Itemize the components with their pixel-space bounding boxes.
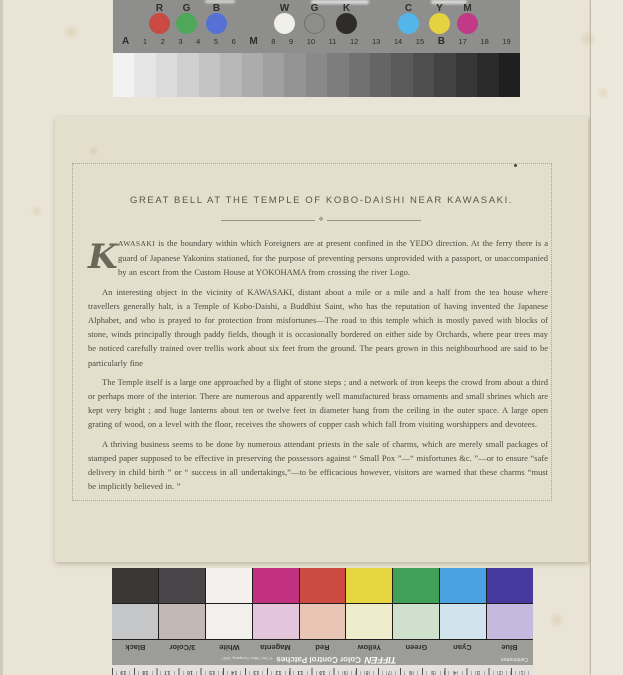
- background-wood-edge: [0, 0, 94, 8]
- title-ornament-rule: ❖: [221, 217, 421, 223]
- gray-step: [113, 53, 134, 97]
- ruler-number: 18: [134, 665, 156, 675]
- scale-mark: 1: [143, 37, 147, 46]
- kodak-color-scale-strip: RGBWGKCYM A123456M89101112131415B171819: [113, 0, 520, 97]
- body-text: KAWASAKI is the boundary within which Fo…: [88, 236, 548, 493]
- tint-green: [393, 604, 439, 639]
- scale-mark: 13: [372, 37, 380, 46]
- ruler-number: 2: [489, 665, 511, 675]
- ruler-number: 4: [444, 665, 466, 675]
- tiffen-product-text: Color Control Patches: [276, 655, 360, 664]
- ruler-number: 1: [511, 665, 533, 675]
- patch-label: Black: [112, 641, 159, 654]
- gray-step: [156, 53, 177, 97]
- color-dot-m: [457, 13, 478, 34]
- scale-mark: B: [438, 36, 445, 47]
- patch-label: Yellow: [346, 641, 393, 654]
- ruler-number: 16: [179, 665, 201, 675]
- scale-mark: 14: [394, 37, 402, 46]
- tiffen-copyright: © The Tiffen Company, 2007: [222, 656, 273, 661]
- centimetres-label: Centimetres: [501, 657, 528, 663]
- tint-magenta: [253, 604, 299, 639]
- color-dot-g: [304, 13, 325, 34]
- scale-mark: 17: [459, 37, 467, 46]
- tiffen-logo-text: TIFFEN: [365, 654, 396, 665]
- lead-word: AWASAKI: [118, 239, 155, 248]
- scale-mark: 15: [416, 37, 424, 46]
- page-title: GREAT BELL AT THE TEMPLE OF KOBO-DAISHI …: [55, 195, 588, 206]
- paragraph: KAWASAKI is the boundary within which Fo…: [88, 236, 548, 280]
- scale-mark: A: [122, 36, 129, 47]
- scale-mark: 2: [161, 37, 165, 46]
- scale-mark: 9: [289, 37, 293, 46]
- patch-cyan: [440, 568, 486, 603]
- ruler-number: 10: [311, 665, 333, 675]
- tint-3/color: [159, 604, 205, 639]
- paragraph: A thriving business seems to be done by …: [88, 437, 548, 494]
- rule-line: [221, 220, 315, 221]
- patch-label: White: [206, 641, 253, 654]
- gray-step: [306, 53, 327, 97]
- paragraph-text: is the boundary within which Foreigners …: [118, 238, 548, 277]
- scale-mark: 8: [271, 37, 275, 46]
- scale-mark: 12: [350, 37, 358, 46]
- gray-step: [327, 53, 348, 97]
- gray-step: [284, 53, 305, 97]
- gray-step: [177, 53, 198, 97]
- tint-blue: [487, 604, 533, 639]
- gray-step: [477, 53, 498, 97]
- grayscale-step-wedge: [113, 53, 520, 97]
- gray-step: [220, 53, 241, 97]
- patch-red: [300, 568, 346, 603]
- ruler-number: 9: [334, 665, 356, 675]
- ruler-number: 6: [400, 665, 422, 675]
- patch-black: [112, 568, 158, 603]
- paragraph: The Temple itself is a large one approac…: [88, 375, 548, 432]
- photo-canvas: RGBWGKCYM A123456M89101112131415B171819 …: [0, 0, 623, 675]
- scale-mark: 6: [232, 37, 236, 46]
- color-dot-y: [429, 13, 450, 34]
- tint-red: [300, 604, 346, 639]
- color-dot-g: [176, 13, 197, 34]
- decorative-initial: K: [88, 237, 115, 279]
- color-dot-r: [149, 13, 170, 34]
- scale-mark: 4: [196, 37, 200, 46]
- ink-speck: [514, 164, 517, 167]
- gray-step: [499, 53, 520, 97]
- document-page: GREAT BELL AT THE TEMPLE OF KOBO-DAISHI …: [55, 117, 588, 562]
- patch-label: Green: [393, 641, 440, 654]
- patch-3/color: [159, 568, 205, 603]
- tint-white: [206, 604, 252, 639]
- stain-spot: [30, 205, 43, 217]
- scale-mark: 18: [480, 37, 488, 46]
- gray-step: [349, 53, 370, 97]
- patch-white: [206, 568, 252, 603]
- ruler-number: 5: [422, 665, 444, 675]
- stain-spot: [62, 24, 80, 40]
- scale-mark: M: [249, 36, 257, 47]
- gray-step: [134, 53, 155, 97]
- patch-label: 3/Color: [159, 641, 206, 654]
- color-dot-w: [274, 13, 295, 34]
- ruler-number: 19: [112, 665, 134, 675]
- gray-step: [456, 53, 477, 97]
- gray-step: [263, 53, 284, 97]
- tiffen-labels: Black3/ColorWhiteMagentaRedYellowGreenCy…: [112, 641, 533, 654]
- patch-label: Blue: [486, 641, 533, 654]
- kodak-patch-area: RGBWGKCYM A123456M89101112131415B171819: [113, 0, 520, 53]
- ruler-number: 7: [378, 665, 400, 675]
- tint-yellow: [346, 604, 392, 639]
- stain-spot: [548, 612, 566, 628]
- centimetre-ruler: 12345678910111213141516171819: [112, 665, 533, 675]
- ruler-number: 15: [201, 665, 223, 675]
- ruler-number: 3: [467, 665, 489, 675]
- rule-line: [327, 220, 421, 221]
- tiffen-wordmark: TIFFEN Color Control Patches © The Tiffe…: [117, 654, 501, 665]
- tint-cyan: [440, 604, 486, 639]
- scale-mark: 19: [502, 37, 510, 46]
- gray-step: [434, 53, 455, 97]
- scale-mark: 10: [307, 37, 315, 46]
- color-dot-c: [398, 13, 419, 34]
- patch-label: Magenta: [252, 641, 299, 654]
- patch-blue: [487, 568, 533, 603]
- ruler-number: 13: [245, 665, 267, 675]
- ruler-number: 11: [289, 665, 311, 675]
- gray-step: [413, 53, 434, 97]
- ruler-number: 8: [356, 665, 378, 675]
- mat-edge: [0, 0, 3, 675]
- tiffen-brand-row: Centimetres TIFFEN Color Control Patches…: [112, 654, 533, 665]
- ruler-number: 12: [267, 665, 289, 675]
- ruler-number: 17: [156, 665, 178, 675]
- rule-ornament: ❖: [318, 217, 323, 223]
- gray-step: [242, 53, 263, 97]
- tiffen-patch-grid: [112, 568, 533, 640]
- gray-step: [370, 53, 391, 97]
- kodak-scale-numbers: A123456M89101112131415B171819: [122, 34, 511, 48]
- mat-edge: [591, 0, 623, 675]
- patch-label: Red: [299, 641, 346, 654]
- tiffen-color-control-strip: Black3/ColorWhiteMagentaRedYellowGreenCy…: [112, 568, 533, 675]
- tint-black: [112, 604, 158, 639]
- patch-label: Cyan: [439, 641, 486, 654]
- ruler-number: 14: [223, 665, 245, 675]
- scale-mark: 5: [214, 37, 218, 46]
- patch-magenta: [253, 568, 299, 603]
- scale-mark: 11: [329, 37, 337, 46]
- patch-yellow: [346, 568, 392, 603]
- gray-step: [391, 53, 412, 97]
- color-dot-k: [336, 13, 357, 34]
- color-dot-b: [206, 13, 227, 34]
- gray-step: [199, 53, 220, 97]
- scale-mark: 3: [178, 37, 182, 46]
- paragraph: An interesting object in the vicinity of…: [88, 285, 548, 370]
- patch-green: [393, 568, 439, 603]
